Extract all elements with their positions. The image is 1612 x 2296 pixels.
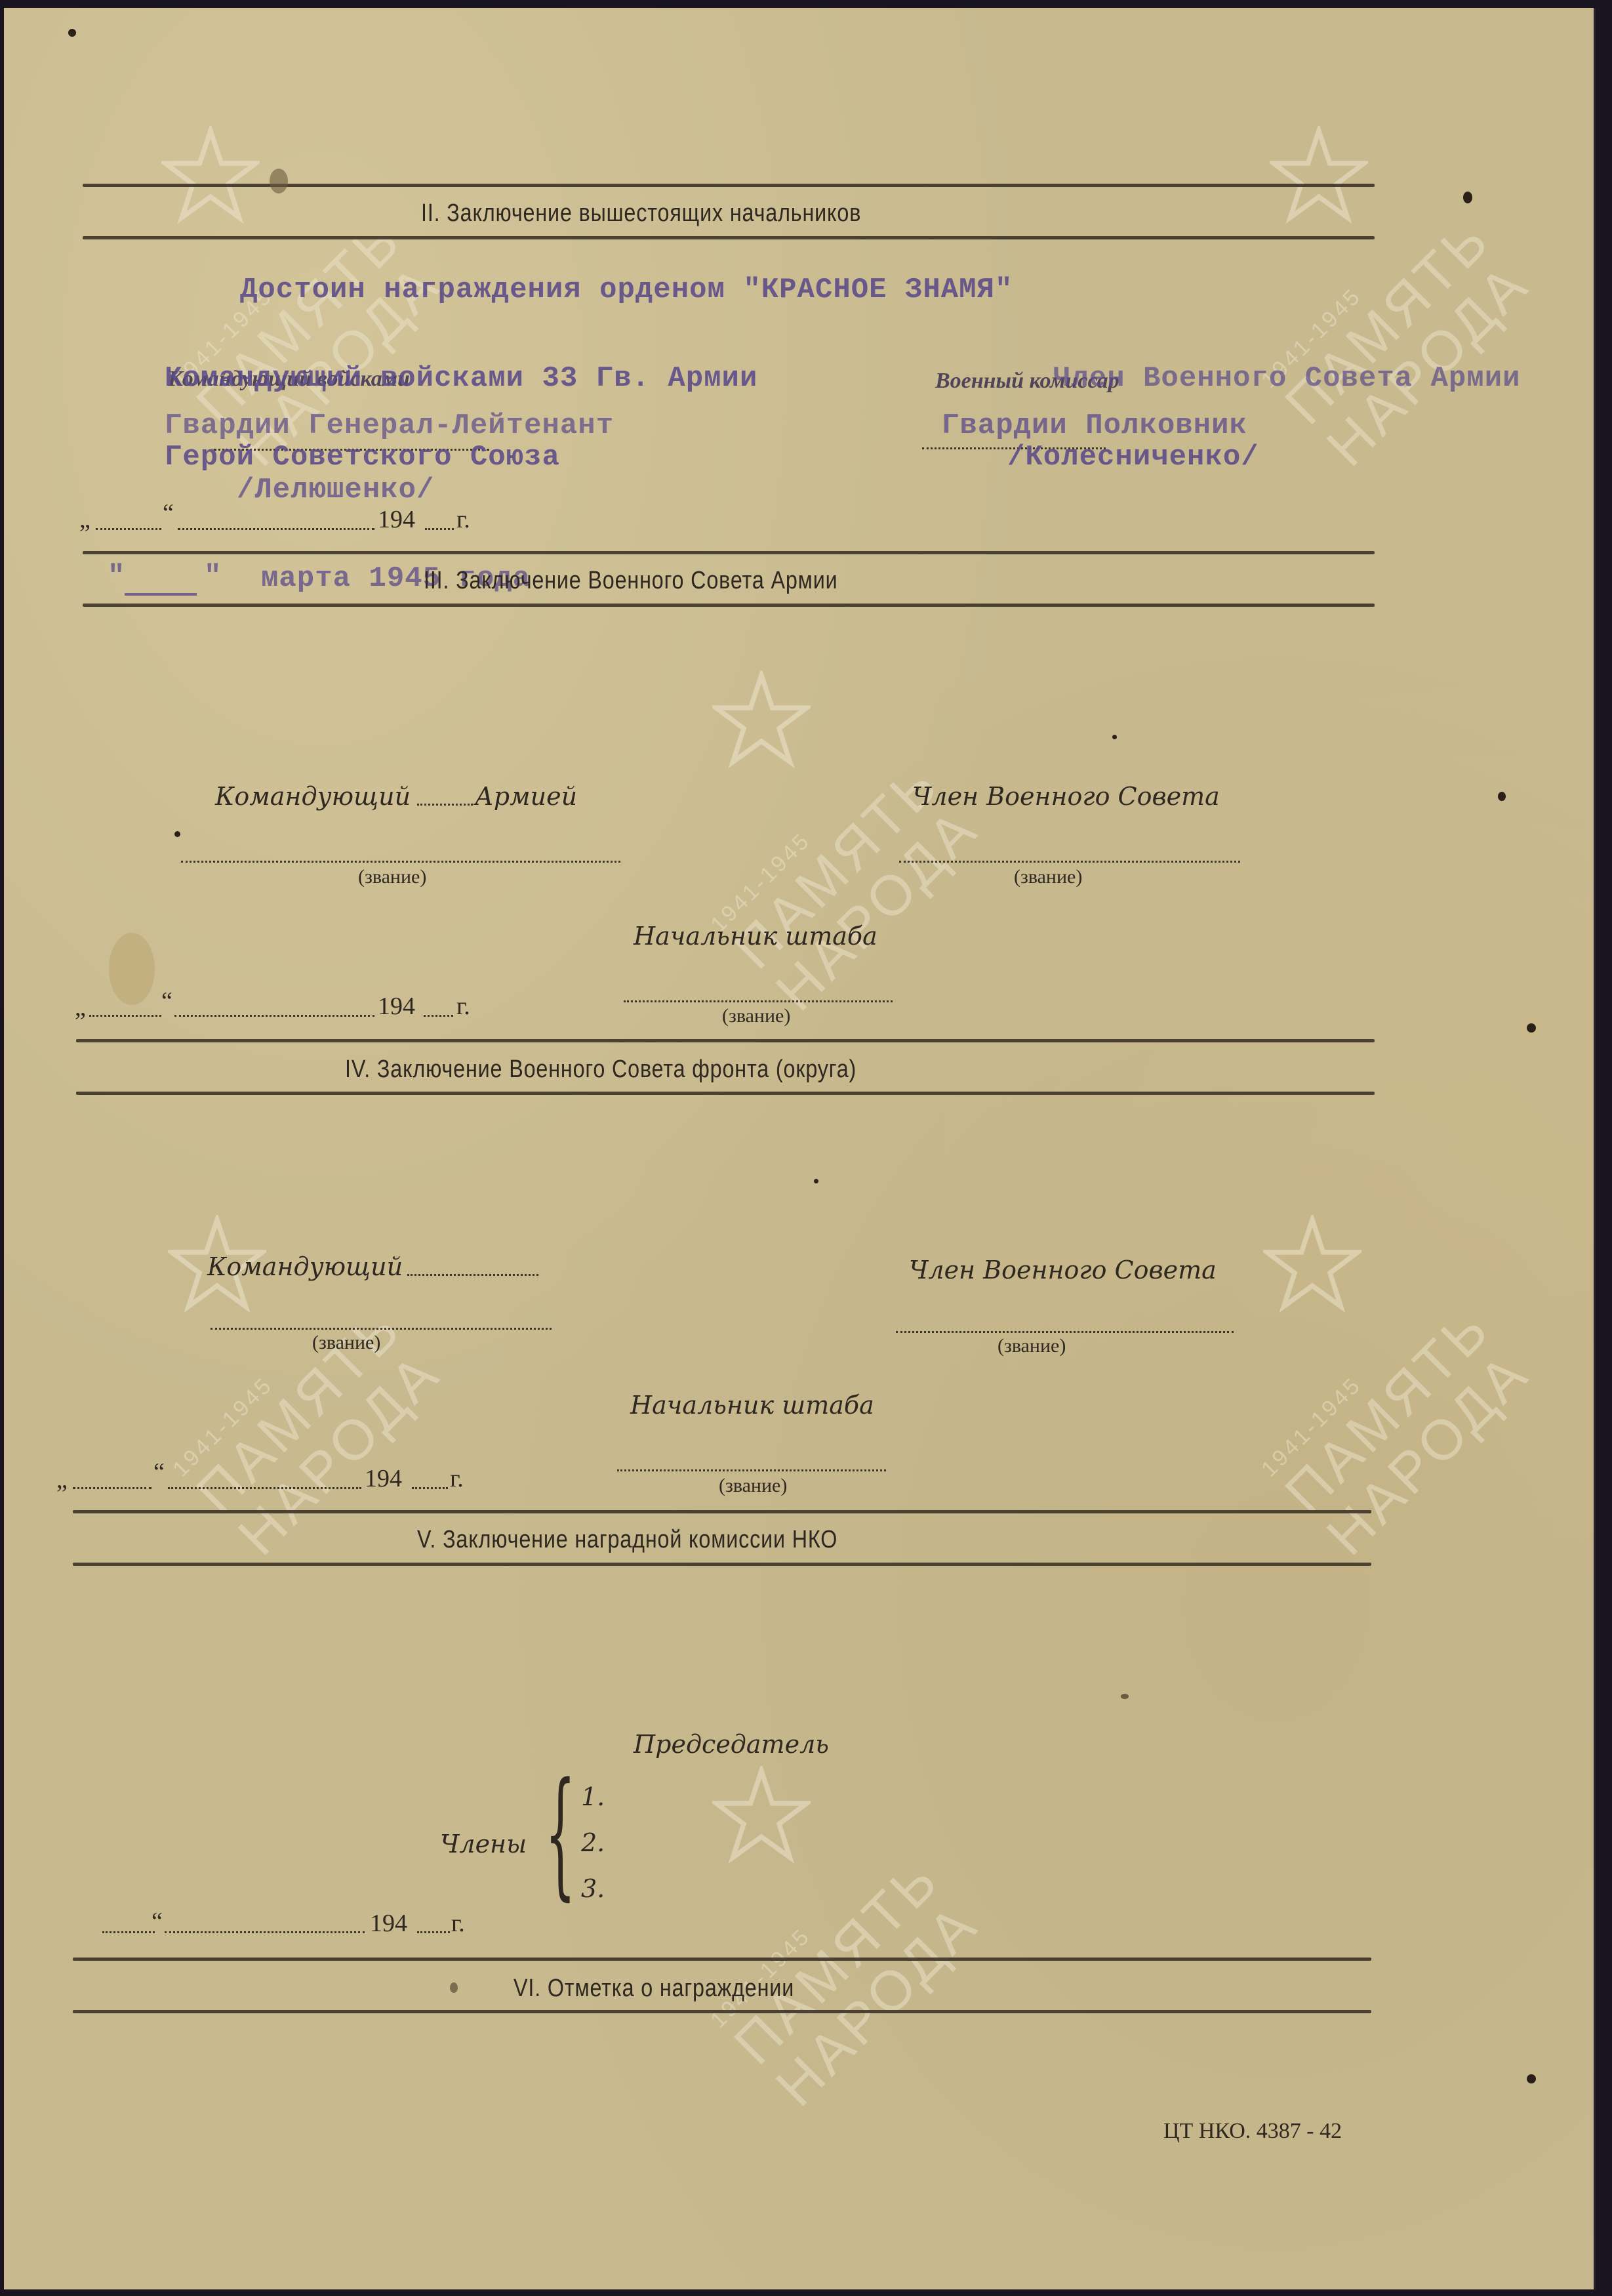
watermark-text: 1941-1945 ПАМЯТЬ НАРОДА bbox=[1257, 1280, 1542, 1566]
section-divider bbox=[73, 1563, 1371, 1566]
section-divider bbox=[73, 2010, 1371, 2013]
council-member-rank-field[interactable] bbox=[899, 861, 1240, 863]
typed-day-underline bbox=[125, 593, 197, 596]
year-suffix: г. bbox=[450, 1464, 464, 1493]
rank-caption: (звание) bbox=[312, 1332, 380, 1354]
commander-rank-field[interactable] bbox=[211, 1328, 552, 1330]
paper-speck bbox=[174, 831, 180, 837]
section-3-title: III. Заключение Военного Совета Армии bbox=[424, 567, 838, 595]
member-1-number: 1. bbox=[581, 1782, 605, 1811]
rank-caption: (звание) bbox=[1014, 866, 1082, 888]
section-divider bbox=[76, 1039, 1375, 1042]
star-icon bbox=[1270, 126, 1368, 224]
section-divider bbox=[73, 1958, 1371, 1961]
section-2-title: II. Заключение вышестоящих начальников bbox=[421, 199, 861, 228]
star-icon bbox=[712, 670, 811, 769]
section-divider bbox=[83, 236, 1375, 239]
chief-of-staff-label: Начальник штаба bbox=[634, 922, 877, 951]
paper-speck bbox=[450, 1982, 458, 1993]
paper-speck bbox=[1121, 1694, 1129, 1699]
watermark-text: 1941-1945 ПАМЯТЬ НАРОДА bbox=[168, 1280, 454, 1566]
paper-stain bbox=[109, 933, 155, 1005]
commander-label: Командующий bbox=[207, 1252, 403, 1281]
date-close-quote: “ bbox=[161, 987, 172, 1015]
award-sheet-page: 1941-1945 ПАМЯТЬ НАРОДА 1941-1945 ПАМЯТЬ… bbox=[4, 8, 1596, 2289]
star-icon bbox=[712, 1766, 811, 1864]
day-field[interactable] bbox=[96, 528, 161, 530]
commander-army-suffix: Армией bbox=[475, 782, 577, 811]
paper-speck bbox=[1463, 192, 1472, 203]
paper-stain bbox=[270, 169, 288, 194]
section-divider bbox=[83, 604, 1375, 607]
section-divider bbox=[76, 1092, 1375, 1095]
council-member-rank-field[interactable] bbox=[896, 1331, 1234, 1333]
year-prefix: 194 bbox=[378, 992, 415, 1021]
day-field[interactable] bbox=[102, 1931, 155, 1933]
year-prefix: 194 bbox=[365, 1464, 402, 1493]
commander-army-field[interactable] bbox=[417, 804, 473, 806]
section-6-title: VI. Отметка о награждении bbox=[514, 1975, 794, 2003]
typed-commander-position: Командующий войсками 33 Гв. Армии bbox=[165, 362, 757, 395]
year-suffix: г. bbox=[456, 505, 470, 534]
rank-caption: (звание) bbox=[997, 1335, 1066, 1357]
day-field[interactable] bbox=[73, 1487, 151, 1489]
watermark-text: 1941-1945 ПАМЯТЬ НАРОДА bbox=[706, 735, 992, 1021]
members-label: Члены bbox=[440, 1830, 527, 1858]
typed-award-conclusion: Достоин награждения орденом "КРАСНОЕ ЗНА… bbox=[240, 274, 1013, 306]
member-3-number: 3. bbox=[581, 1874, 605, 1903]
chief-of-staff-rank-field[interactable] bbox=[617, 1469, 886, 1471]
watermark-text: 1941-1945 ПАМЯТЬ НАРОДА bbox=[706, 1831, 992, 2117]
year-field[interactable] bbox=[425, 528, 454, 530]
date-open-quote: „ bbox=[75, 993, 86, 1022]
typed-member-position: Член Военного Совета Армии bbox=[1053, 362, 1521, 395]
council-member-label: Член Военного Совета bbox=[909, 1256, 1217, 1284]
chairman-label: Председатель bbox=[634, 1730, 829, 1759]
paper-speck bbox=[814, 1179, 818, 1183]
watermark-text: 1941-1945 ПАМЯТЬ НАРОДА bbox=[1257, 191, 1542, 477]
section-divider bbox=[73, 1510, 1371, 1513]
rank-caption: (звание) bbox=[719, 1475, 787, 1497]
commander-rank-field[interactable] bbox=[181, 861, 620, 863]
date-close-quote: “ bbox=[163, 499, 174, 527]
typed-commander-name: /Лелюшенко/ bbox=[237, 474, 434, 506]
year-suffix: г. bbox=[456, 992, 470, 1021]
day-field[interactable] bbox=[89, 1015, 161, 1017]
year-field[interactable] bbox=[412, 1487, 448, 1489]
date-open-quote: „ bbox=[56, 1466, 68, 1494]
council-member-label: Член Военного Совета bbox=[912, 782, 1220, 811]
month-field[interactable] bbox=[178, 528, 374, 530]
typed-day-close: " bbox=[204, 560, 222, 593]
section-divider bbox=[83, 551, 1375, 554]
form-code: ЦТ НКО. 4387 - 42 bbox=[1163, 2119, 1342, 2144]
rank-caption: (звание) bbox=[722, 1005, 790, 1027]
typed-member-rank: Гвардии Полковник bbox=[942, 409, 1247, 442]
year-prefix: 194 bbox=[378, 505, 415, 534]
date-close-quote: “ bbox=[151, 1907, 163, 1936]
rank-caption: (звание) bbox=[358, 866, 426, 888]
commander-label: Командующий bbox=[215, 782, 411, 811]
month-field[interactable] bbox=[168, 1487, 361, 1489]
paper-speck bbox=[68, 29, 76, 37]
typed-commander-rank: Гвардии Генерал-Лейтенант bbox=[165, 409, 614, 442]
star-icon bbox=[161, 126, 260, 224]
date-open-quote: „ bbox=[79, 505, 91, 534]
typed-day-open: " bbox=[108, 560, 125, 593]
member-2-number: 2. bbox=[581, 1828, 605, 1857]
commander-field[interactable] bbox=[407, 1274, 538, 1276]
paper-speck bbox=[1527, 2074, 1536, 2083]
star-icon bbox=[1263, 1215, 1361, 1313]
year-field[interactable] bbox=[424, 1015, 453, 1017]
paper-speck bbox=[1112, 735, 1117, 739]
chief-of-staff-rank-field[interactable] bbox=[624, 1000, 893, 1002]
typed-member-name: /Колесниченко/ bbox=[1007, 441, 1259, 474]
year-suffix: г. bbox=[451, 1909, 465, 1938]
typed-commander-title: Герой Советского Союза bbox=[165, 441, 560, 474]
chief-of-staff-label: Начальник штаба bbox=[630, 1391, 874, 1420]
paper-speck bbox=[1527, 1023, 1536, 1033]
paper-speck bbox=[1498, 792, 1506, 801]
date-close-quote: “ bbox=[153, 1458, 165, 1486]
month-field[interactable] bbox=[174, 1015, 374, 1017]
month-field[interactable] bbox=[165, 1931, 365, 1933]
members-brace: { bbox=[545, 1765, 576, 1902]
year-prefix: 194 bbox=[370, 1909, 407, 1938]
section-4-title: IV. Заключение Военного Совета фронта (о… bbox=[345, 1056, 856, 1084]
section-5-title: V. Заключение наградной комиссии НКО bbox=[417, 1526, 837, 1554]
year-field[interactable] bbox=[417, 1931, 450, 1933]
